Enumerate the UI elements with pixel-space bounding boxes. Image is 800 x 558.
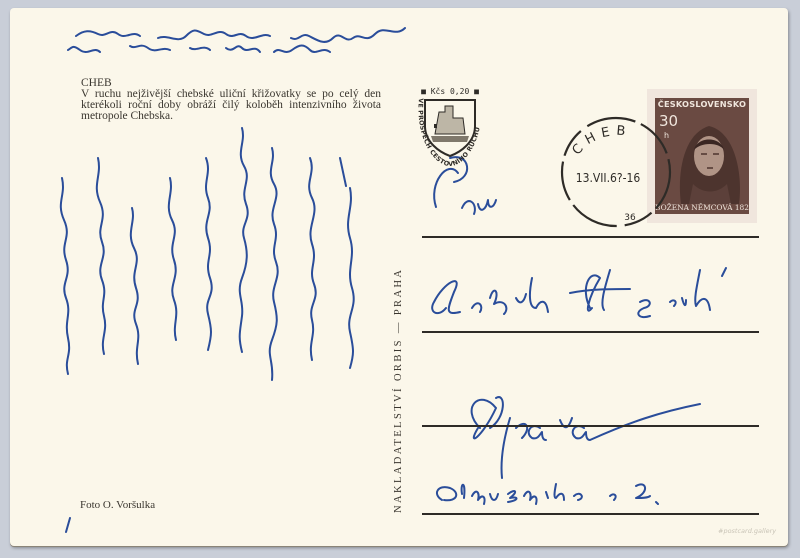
svg-text:VE PROSPĚCH CESTOVNÍHO RUCHU: VE PROSPĚCH CESTOVNÍHO RUCHU bbox=[416, 98, 481, 168]
svg-text:CHEB: CHEB bbox=[569, 124, 632, 159]
postcard: CHEB V ruchu nejživější chebské uliční k… bbox=[10, 8, 788, 546]
watermark: #postcard.gallery bbox=[718, 527, 776, 535]
photo-caption: CHEB V ruchu nejživější chebské uliční k… bbox=[81, 78, 381, 122]
address-line-4 bbox=[422, 513, 759, 515]
address-line-2 bbox=[422, 331, 759, 333]
photo-credit: Foto O. Voršulka bbox=[80, 499, 155, 511]
postmark: CHEB 13.VII.6?-16 36 bbox=[550, 106, 690, 246]
emblem-motto: VE PROSPĚCH CESTOVNÍHO RUCHU bbox=[405, 80, 495, 170]
emblem-motto-text: VE PROSPĚCH CESTOVNÍHO RUCHU bbox=[416, 98, 481, 168]
postmark-code: 36 bbox=[624, 213, 636, 223]
postmark-date: 13.VII.6?-16 bbox=[576, 171, 641, 185]
address-line-3 bbox=[422, 425, 759, 427]
publisher-imprint: NAKLADATELSTVÍ ORBIS — PRAHA bbox=[393, 268, 404, 513]
postmark-town: CHEB bbox=[569, 124, 632, 159]
address-line-1 bbox=[422, 236, 759, 238]
caption-body: V ruchu nejživější chebské uliční křižov… bbox=[81, 89, 381, 122]
